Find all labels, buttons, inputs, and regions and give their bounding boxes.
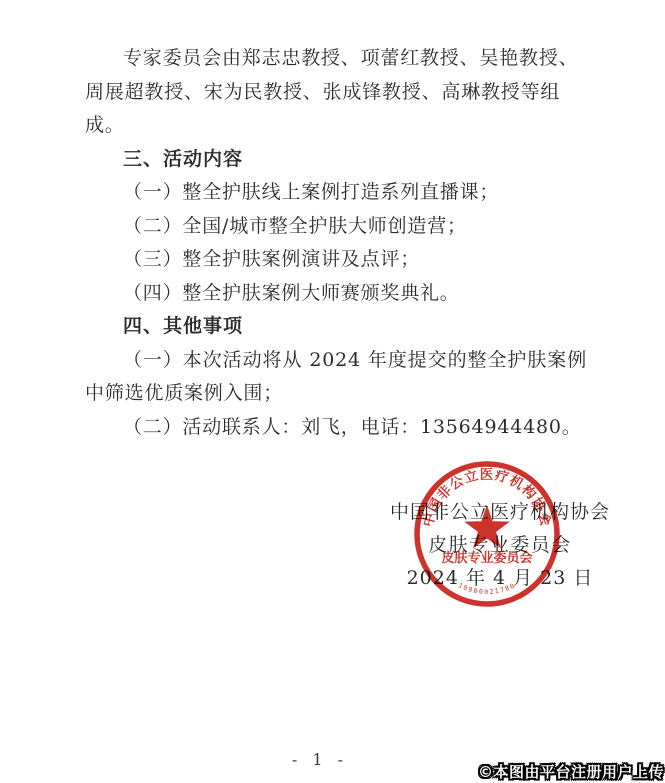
activities-item-2: （二）全国/城市整全护肤大师创造营； [85,210,587,244]
other-item-2: （二）活动联系人：刘飞，电话：13564944480。 [85,411,587,445]
activities-item-3: （三）整全护肤案例演讲及点评； [85,243,587,277]
official-seal-stamp: 中国非公立医疗机构协会 皮肤专业委员会 10000021780 [412,459,562,609]
document-page: 专家委员会由郑志忠教授、项蕾红教授、吴艳教授、周展超教授、宋为民教授、张成锋教授… [0,0,665,783]
document-body: 专家委员会由郑志忠教授、项蕾红教授、吴艳教授、周展超教授、宋为民教授、张成锋教授… [85,42,587,444]
seal-serial-number: 10000021780 [457,581,517,596]
seal-star-icon [464,505,510,548]
section-other-heading: 四、其他事项 [85,310,587,344]
section-activities-heading: 三、活动内容 [85,143,587,177]
activities-item-1: （一）整全护肤线上案例打造系列直播课； [85,176,587,210]
seal-banner-text: 皮肤专业委员会 [441,550,532,566]
other-item-1: （一）本次活动将从 2024 年度提交的整全护肤案例中筛选优质案例入围； [85,344,587,411]
activities-item-4: （四）整全护肤案例大师赛颁奖典礼。 [85,277,587,311]
watermark-label: ©本图由平台注册用户上传 [478,761,664,782]
intro-paragraph: 专家委员会由郑志忠教授、项蕾红教授、吴艳教授、周展超教授、宋为民教授、张成锋教授… [85,42,587,143]
